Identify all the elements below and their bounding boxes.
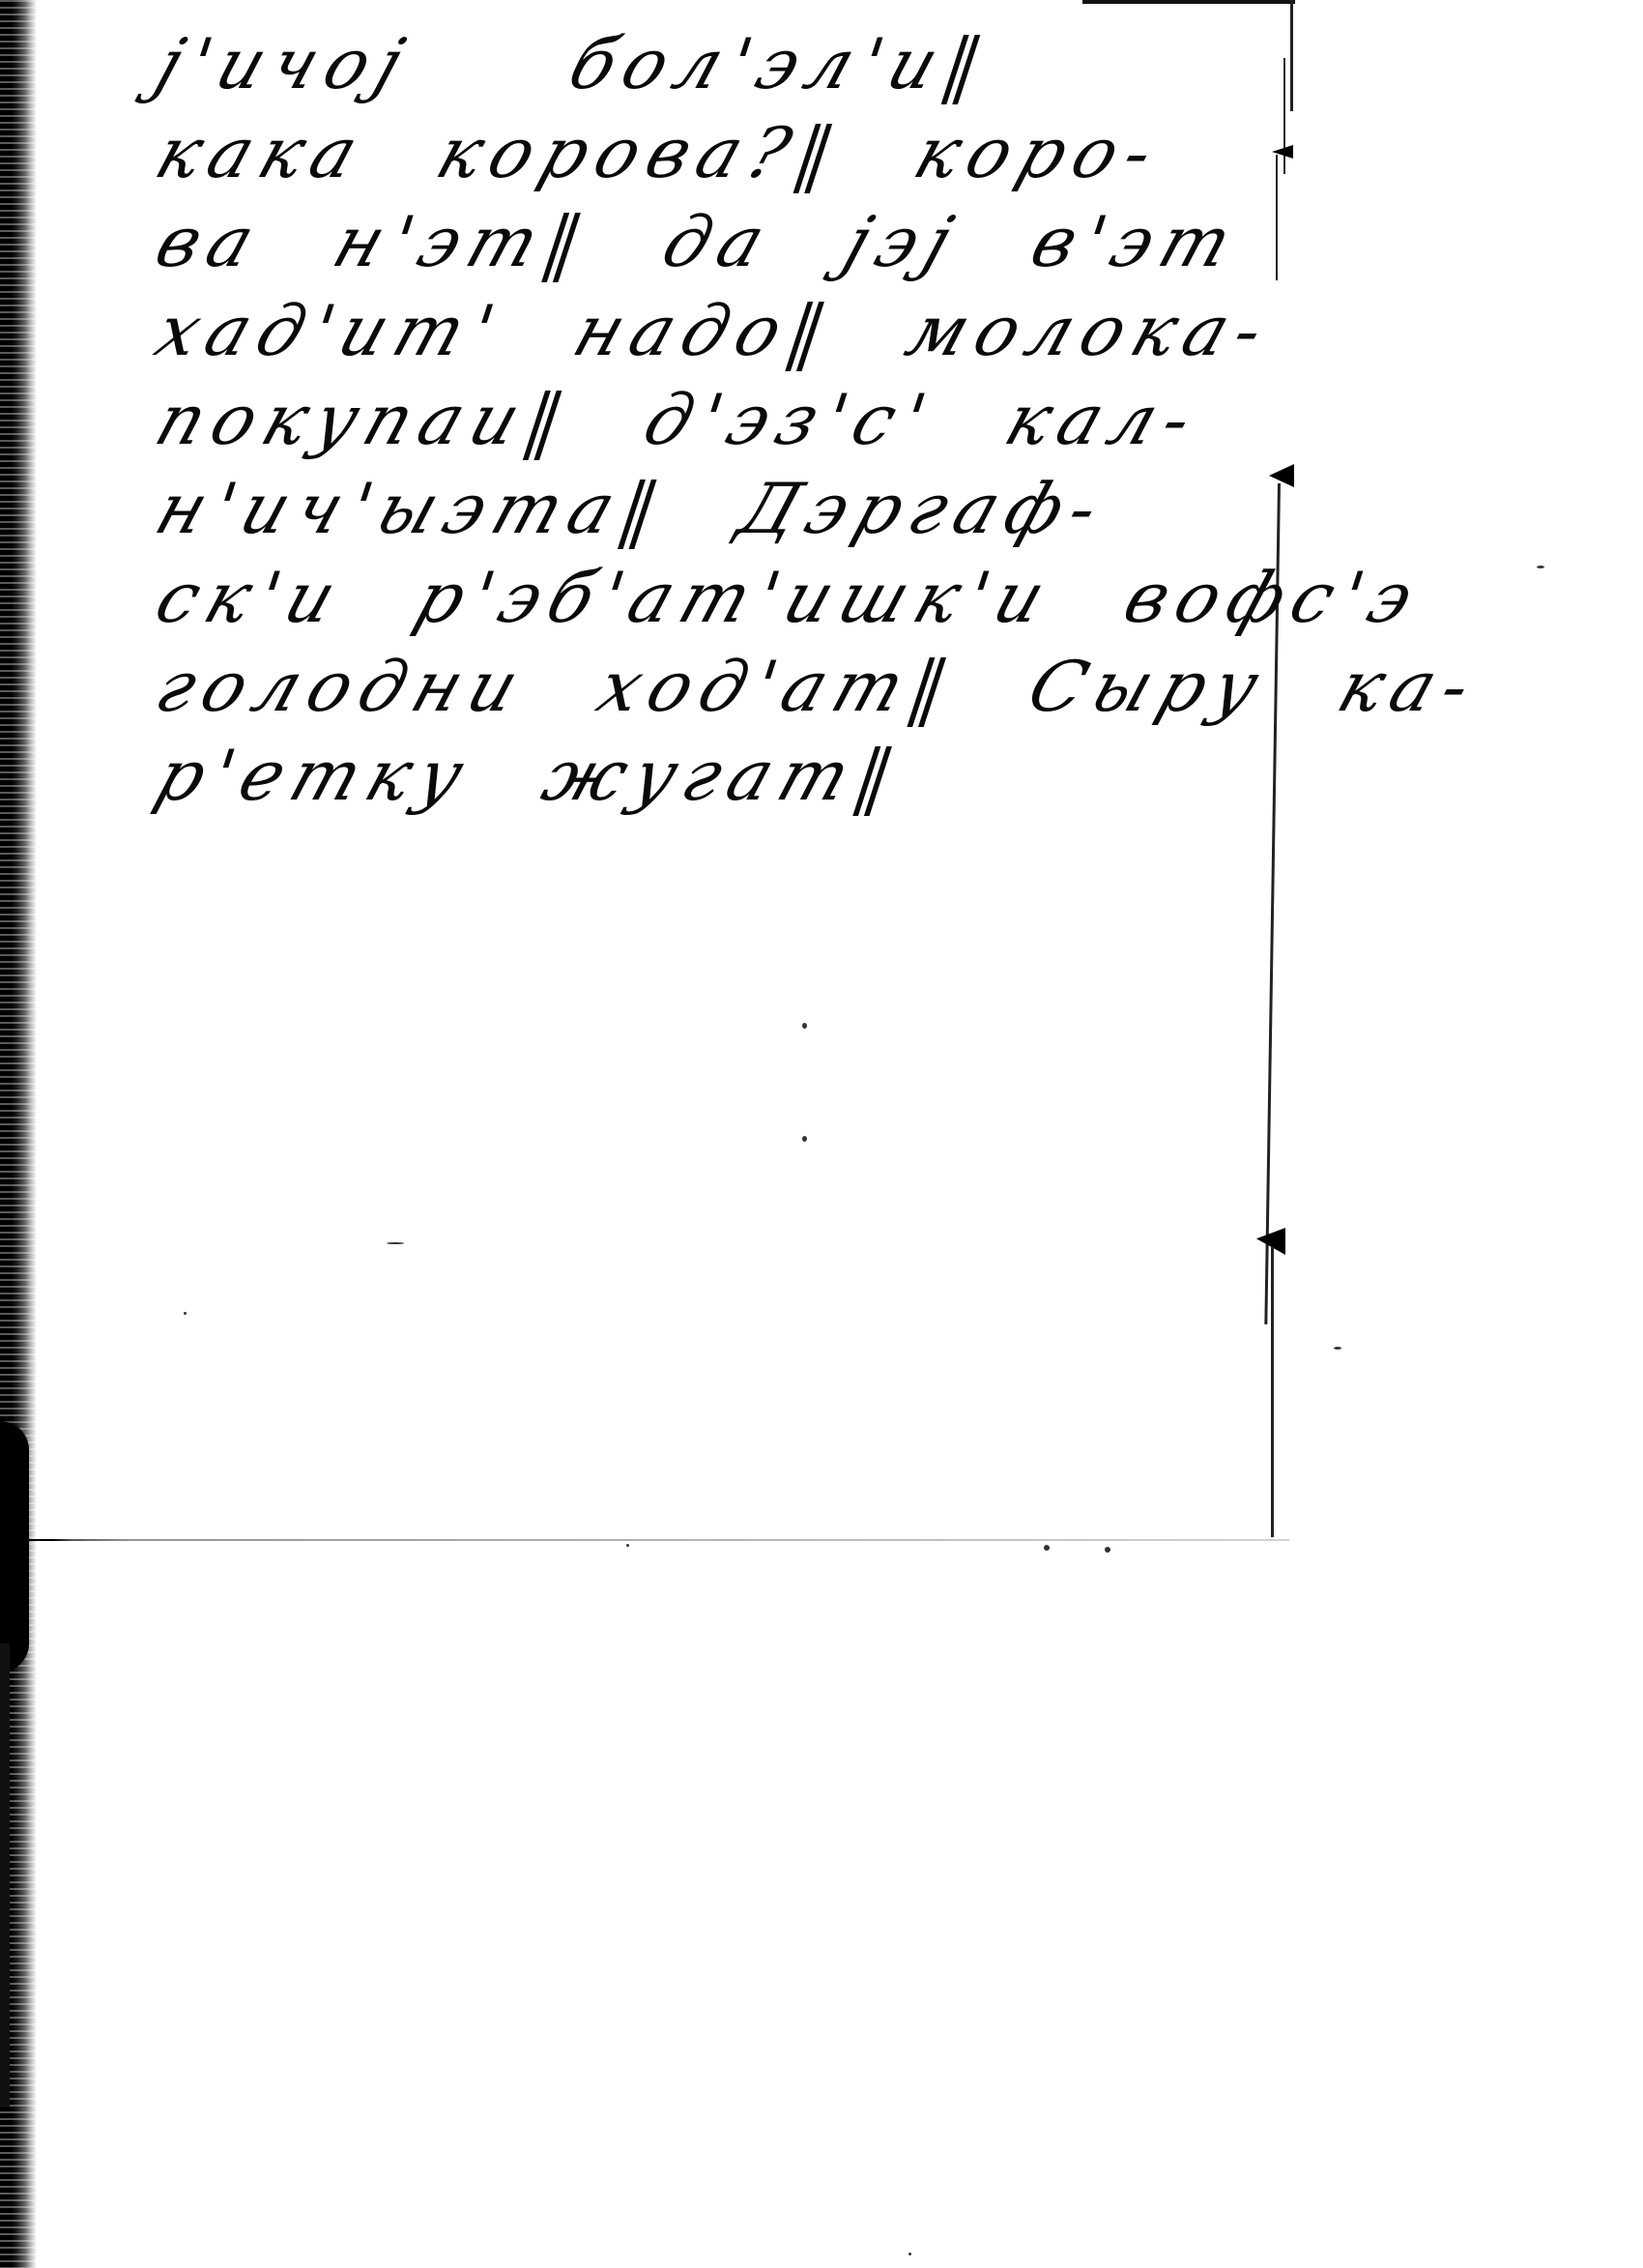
hw-word: ск'и <box>145 553 357 642</box>
speck <box>1105 1547 1110 1553</box>
speck <box>1044 1545 1050 1551</box>
speck <box>387 1242 404 1244</box>
hw-word: корова?‖ <box>426 108 856 197</box>
handwritten-line-6: н'ич'ыэта‖ Дэргаф- <box>145 464 1314 553</box>
speck <box>626 1544 629 1547</box>
hw-word: вофс'э <box>1113 553 1434 642</box>
hw-word: в'эт <box>1021 197 1253 286</box>
hw-word: ка- <box>1327 642 1491 731</box>
handwritten-text-block: ј'ичој бол'эл'и‖ кака корова?‖ коро- ва … <box>145 19 1285 820</box>
handwritten-line-5: покупаи‖ д'эз'с' кал- <box>145 375 1314 464</box>
page-top-edge <box>1082 0 1295 4</box>
speck <box>184 1312 187 1315</box>
hw-word: кака <box>145 108 379 197</box>
hw-word: кал- <box>994 375 1213 464</box>
hw-word: молока- <box>896 286 1284 375</box>
hw-word: н'эт‖ <box>323 197 605 286</box>
hw-word: покупаи‖ <box>145 375 586 464</box>
hw-word: хад'ит' <box>145 286 515 375</box>
hw-word: жугат‖ <box>532 731 915 820</box>
handwritten-line-2: кака корова?‖ коро- <box>145 108 1314 197</box>
hw-word: ход'ат‖ <box>587 642 969 731</box>
speck <box>1334 1347 1341 1350</box>
hw-word: ва <box>145 197 275 286</box>
hw-word: коро- <box>904 108 1174 197</box>
hw-word: бол'эл'и‖ <box>559 19 1004 108</box>
speck <box>802 1023 807 1029</box>
hw-word: ј'ичој <box>145 19 424 108</box>
hw-word: н'ич'ыэта‖ <box>145 464 680 553</box>
hw-word: д'эз'с' <box>633 375 947 464</box>
hw-word: да <box>651 197 785 286</box>
speck <box>1537 566 1544 568</box>
hw-word: јэј <box>833 197 973 286</box>
hw-word: надо‖ <box>562 286 848 375</box>
speck <box>908 2253 911 2255</box>
handwritten-line-8: голодни ход'ат‖ Сыру ка- <box>145 642 1314 731</box>
hw-word: р'етку <box>145 731 484 820</box>
scanner-edge-lower <box>0 1643 10 2108</box>
handwritten-line-4: хад'ит' надо‖ молока- <box>145 286 1314 375</box>
speck <box>802 1136 807 1142</box>
hw-word: р'эб'ат'ишк'и <box>404 553 1066 642</box>
page-fold-line <box>14 1539 1289 1541</box>
right-margin-line-4 <box>1271 1247 1274 1537</box>
hw-word: голодни <box>145 642 539 731</box>
handwritten-line-7: ск'и р'эб'ат'ишк'и вофс'э <box>145 553 1314 642</box>
scanner-edge-shadow <box>0 1421 29 1672</box>
handwritten-line-1: ј'ичој бол'эл'и‖ <box>145 19 1314 108</box>
handwritten-line-3: ва н'эт‖ да јэј в'эт <box>145 197 1314 286</box>
hw-word: Дэргаф- <box>728 464 1119 553</box>
handwritten-line-9: р'етку жугат‖ <box>145 731 1314 820</box>
hw-word: Сыру <box>1018 642 1280 731</box>
